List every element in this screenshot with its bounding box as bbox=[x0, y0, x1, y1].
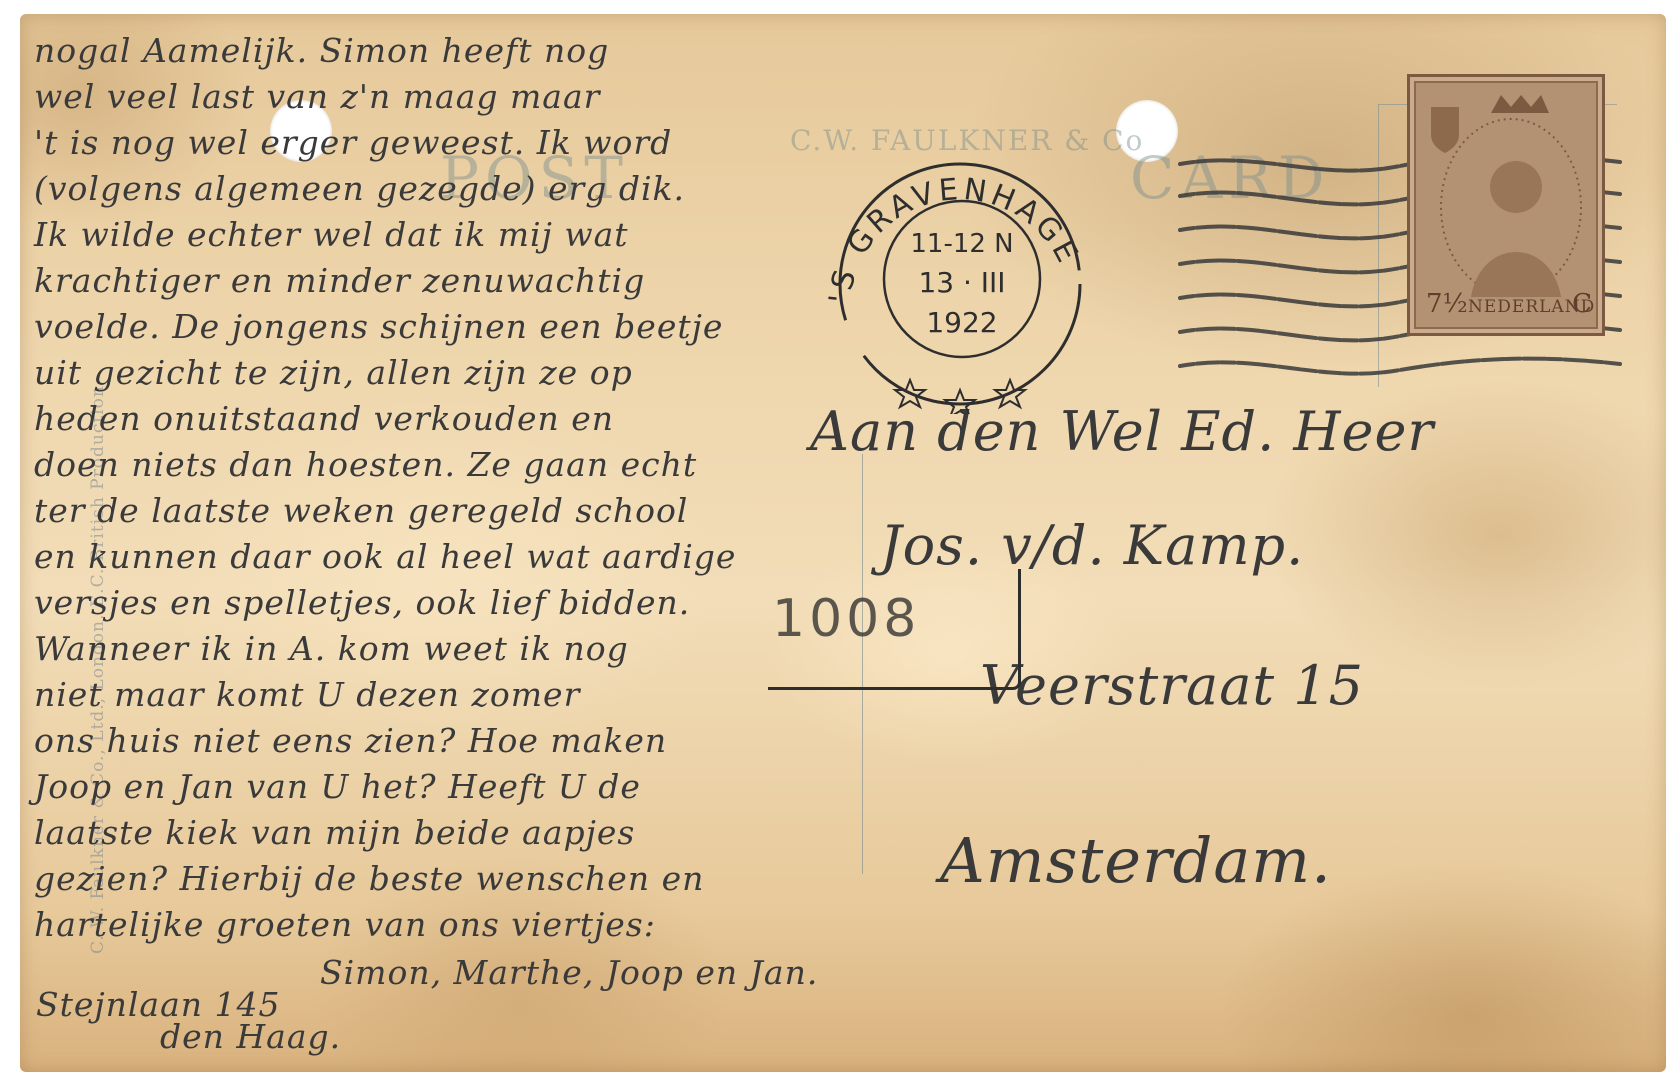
stamp-unit: C bbox=[1572, 289, 1592, 319]
message-line: voelde. De jongens schijnen een beetje bbox=[34, 304, 736, 350]
message-line: Ik wilde echter wel dat ik mij wat bbox=[34, 212, 736, 258]
message-line: 't is nog wel erger geweest. Ik word bbox=[34, 120, 736, 166]
message-line: Wanneer ik in A. kom weet ik nog bbox=[34, 626, 736, 672]
postmark-time: 11-12 N bbox=[910, 229, 1013, 259]
message-line: ter de laatste weken geregeld school bbox=[34, 488, 736, 534]
box-stamp-number: 1008 bbox=[772, 589, 920, 649]
stamp-design: 7½ NEDERLAND C bbox=[1407, 74, 1605, 336]
message-line: heden onuitstaand verkouden en bbox=[34, 396, 736, 442]
message-line: wel veel last van z'n maag maar bbox=[34, 74, 736, 120]
postmark-circle: 'S GRAVENHAGE 11-12 N 13 · III 1922 bbox=[810, 154, 1090, 414]
signature: Simon, Marthe, Joop en Jan. bbox=[320, 950, 818, 996]
message-line: ons huis niet eens zien? Hoe maken bbox=[34, 718, 736, 764]
message-line: laatste kiek van mijn beide aapjes bbox=[34, 810, 736, 856]
stamp-value: 7½ bbox=[1426, 289, 1468, 319]
message-line: uit gezicht te zijn, allen zijn ze op bbox=[34, 350, 736, 396]
message-line: en kunnen daar ook al heel wat aardige bbox=[34, 534, 736, 580]
crown-icon bbox=[1491, 95, 1549, 113]
address-line-3: Veerstraat 15 bbox=[980, 654, 1364, 717]
postcard: C. W. Faulkner & Co., Ltd., London, E.C.… bbox=[20, 14, 1666, 1072]
message-line: Joop en Jan van U het? Heeft U de bbox=[34, 764, 736, 810]
message-line: hartelijke groeten van ons viertjes: bbox=[34, 902, 736, 948]
postmark-year: 1922 bbox=[926, 306, 997, 339]
message-line: versjes en spelletjes, ook lief bidden. bbox=[34, 580, 736, 626]
message-text: nogal Aamelijk. Simon heeft nogwel veel … bbox=[34, 28, 736, 948]
message-line: gezien? Hierbij de beste wenschen en bbox=[34, 856, 736, 902]
message-line: nogal Aamelijk. Simon heeft nog bbox=[34, 28, 736, 74]
postage-stamp: 7½ NEDERLAND C bbox=[1395, 62, 1617, 348]
address-line-4: Amsterdam. bbox=[940, 824, 1332, 897]
coat-of-arms-icon bbox=[1431, 107, 1459, 153]
address-line-2: Jos. v/d. Kamp. bbox=[880, 514, 1304, 577]
message-line: doen niets dan hoesten. Ze gaan echt bbox=[34, 442, 736, 488]
sender-address-city: den Haag. bbox=[160, 1014, 341, 1060]
postmark-stars-icon bbox=[895, 380, 1025, 414]
message-line: (volgens algemeen gezegde) erg dik. bbox=[34, 166, 736, 212]
message-line: niet maar komt U dezen zomer bbox=[34, 672, 736, 718]
message-line: krachtiger en minder zenuwachtig bbox=[34, 258, 736, 304]
postmark-date: 13 · III bbox=[918, 266, 1005, 299]
publisher-monogram: C.W. FAULKNER & Co bbox=[790, 124, 1144, 157]
